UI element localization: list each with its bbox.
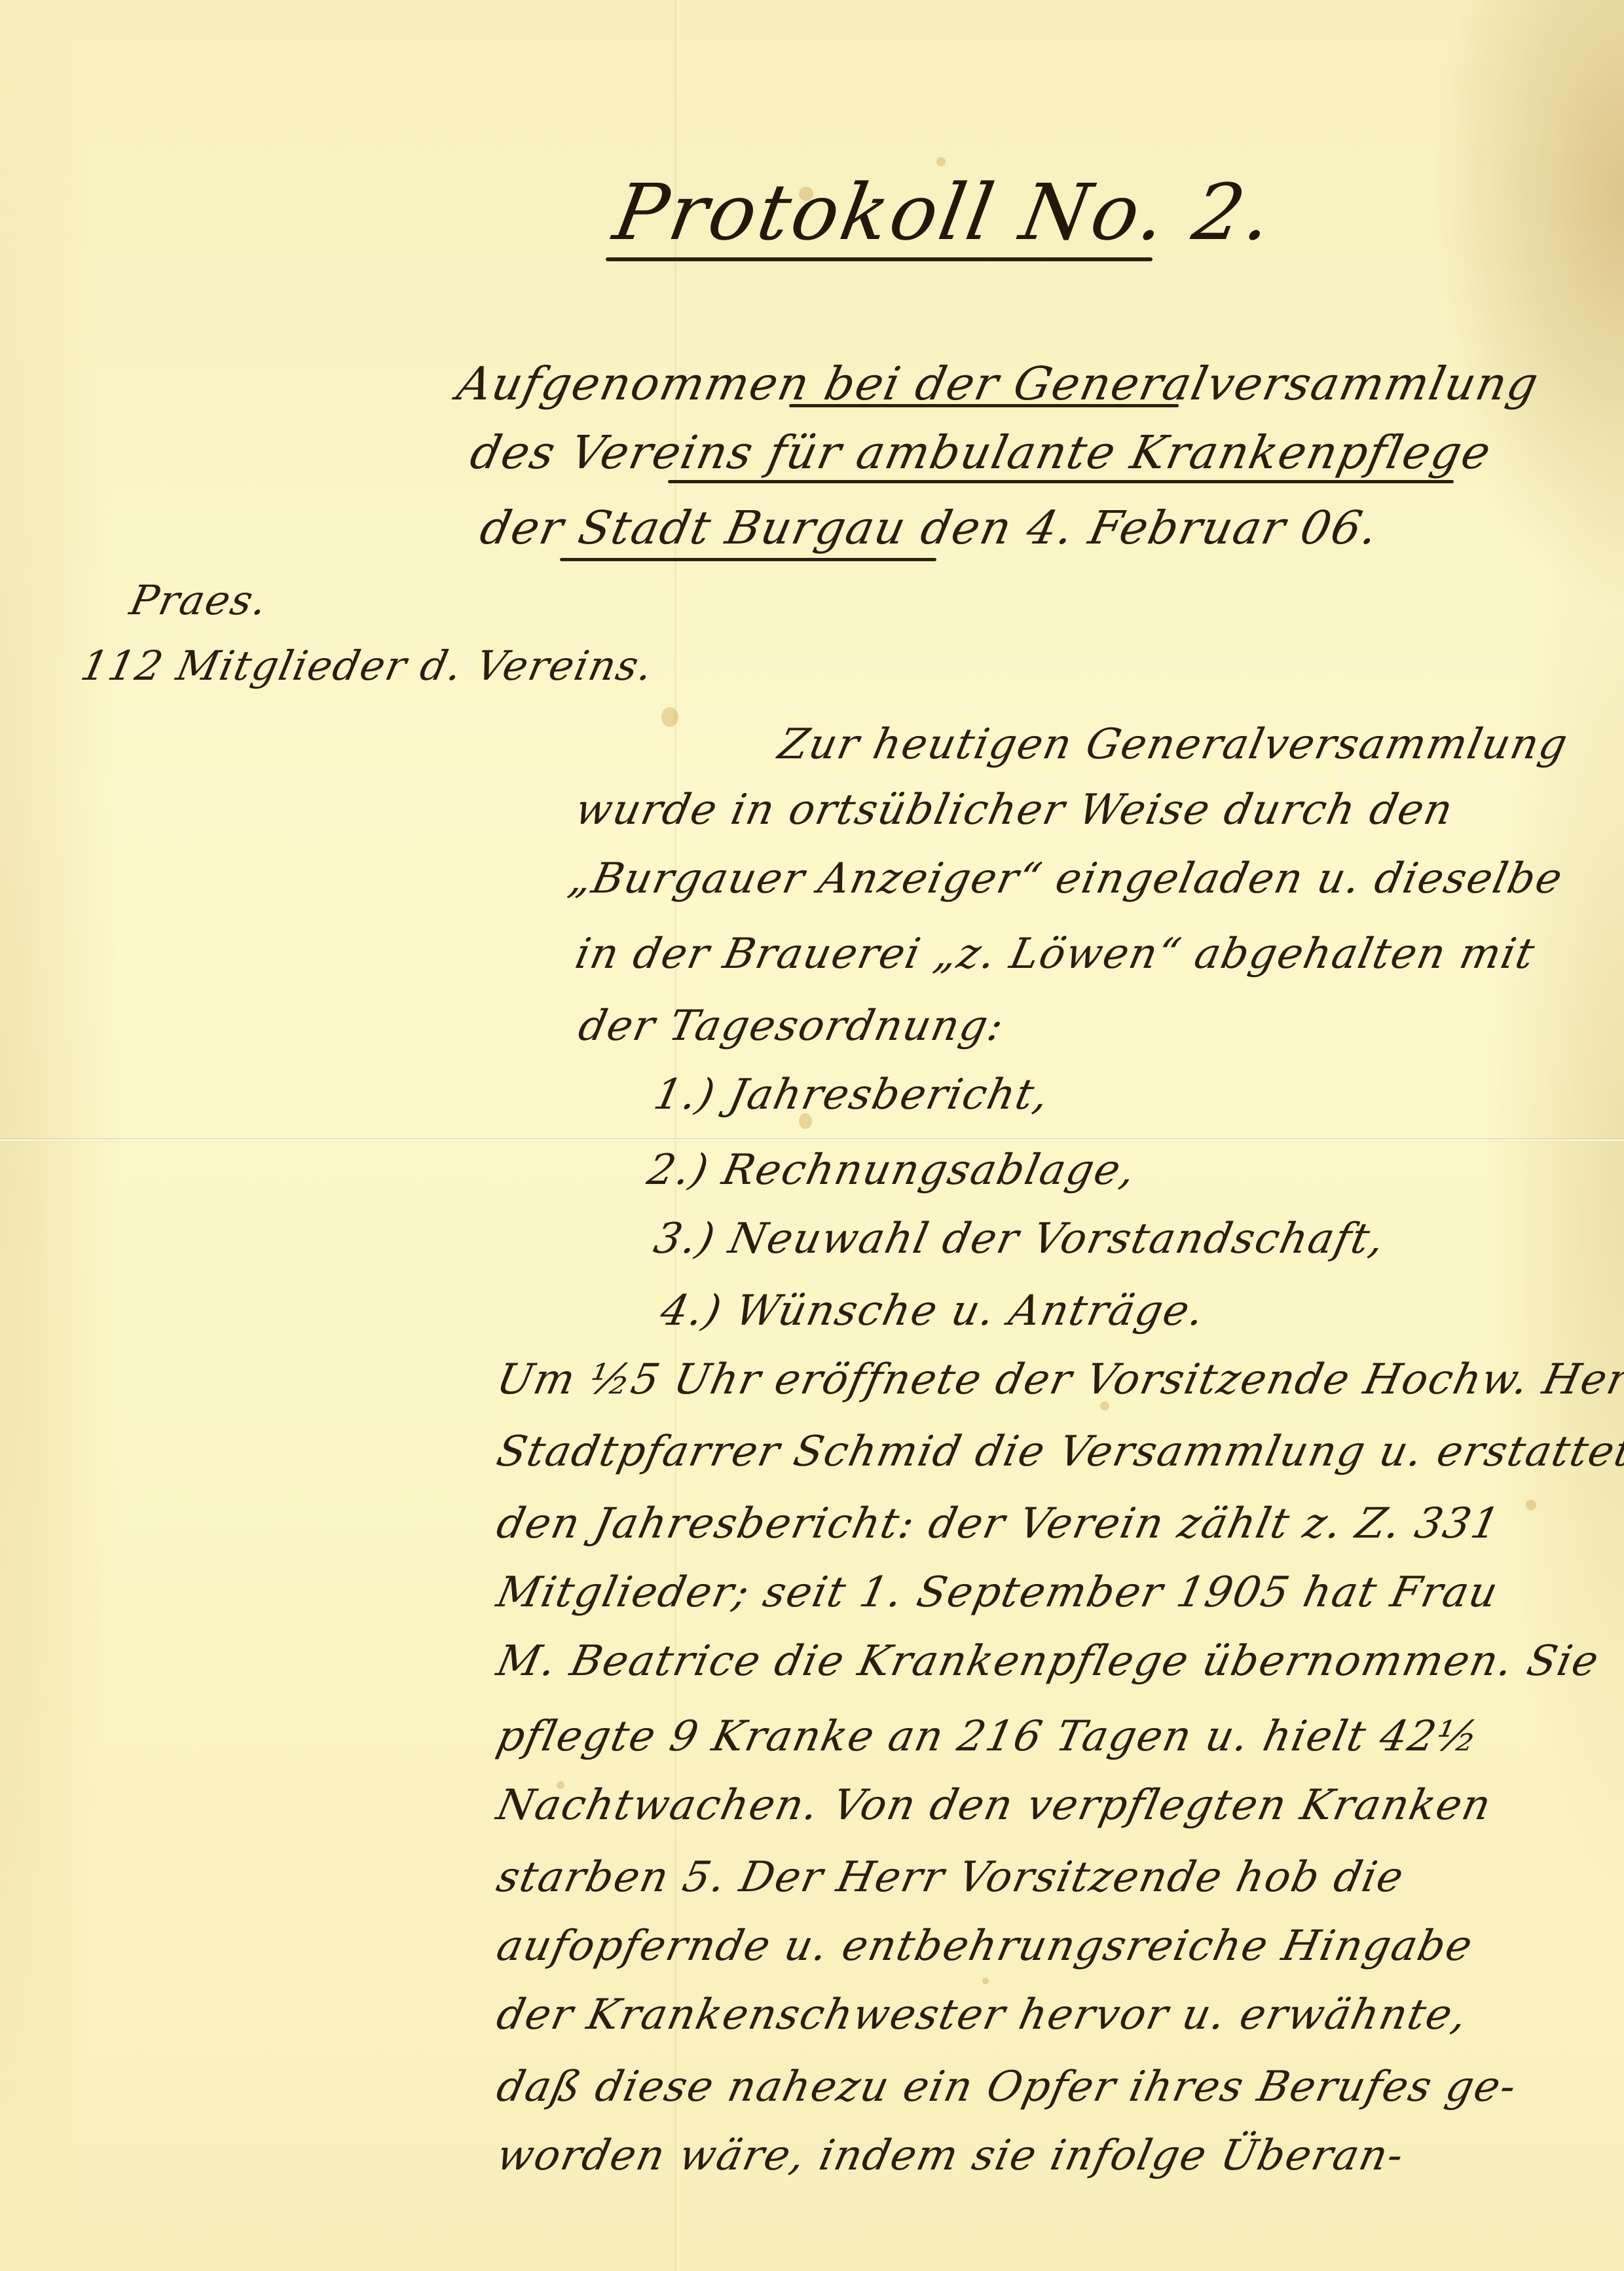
body-line: Mitglieder; seit 1. September 1905 hat F… <box>492 1568 1503 1617</box>
agenda-item: 4.) Wünsche u. Anträge. <box>656 1287 1209 1335</box>
body-line: den Jahresbericht: der Verein zählt z. Z… <box>492 1500 1505 1548</box>
body-line: Um ½5 Uhr eröffnete der Vorsitzende Hoch… <box>492 1356 1624 1404</box>
body-line: aufopfernde u. entbehrungsreiche Hingabe <box>492 1922 1477 1970</box>
heading-line: Aufgenommen bei der Generalversammlung <box>452 357 1543 411</box>
body-line: der Tagesordnung: <box>574 1002 1008 1050</box>
heading-line: des Vereins für ambulante Krankenpflege <box>466 426 1496 479</box>
agenda-item: 3.) Neuwahl der Vorstandschaft, <box>650 1215 1390 1263</box>
body-line: in der Brauerei „z. Löwen“ abgehalten mi… <box>571 930 1540 978</box>
underline-stadt-burgau <box>560 558 936 561</box>
underline-krankenpflege <box>668 480 1454 483</box>
agenda-item: 2.) Rechnungsablage, <box>643 1146 1141 1194</box>
foxing-spot <box>661 707 678 727</box>
margin-note-praes: Praes. <box>126 576 272 624</box>
horizontal-fold-crease <box>0 1138 1624 1142</box>
margin-note-members: 112 Mitglieder d. Vereins. <box>77 642 658 690</box>
agenda-item: 1.) Jahresbericht, <box>650 1071 1054 1119</box>
body-line: starben 5. Der Herr Vorsitzende hob die <box>492 1853 1409 1902</box>
foxing-spot <box>936 157 946 166</box>
body-line: Stadtpfarrer Schmid die Versammlung u. e… <box>492 1428 1624 1476</box>
title-underline <box>606 257 1153 261</box>
foxing-spot <box>982 1978 989 1984</box>
body-line: M. Beatrice die Krankenpflege übernommen… <box>492 1637 1604 1686</box>
body-line: daß diese nahezu ein Opfer ihres Berufes… <box>492 2063 1521 2111</box>
body-line: wurde in ortsüblicher Weise durch den <box>571 786 1458 834</box>
underline-generalversammlung <box>789 404 1179 407</box>
body-line: pflegte 9 Kranke an 216 Tagen u. hielt 4… <box>492 1712 1483 1761</box>
body-line: „Burgauer Anzeiger“ eingeladen u. diesel… <box>564 855 1568 903</box>
document-title: Protokoll No. 2. <box>608 167 1282 257</box>
heading-line: der Stadt Burgau den 4. Februar 06. <box>475 501 1384 555</box>
body-line: der Krankenschwester hervor u. erwähnte, <box>492 1991 1472 2039</box>
body-line: Zur heutigen Generalversammlung <box>774 720 1572 769</box>
body-line: worden wäre, indem sie infolge Überan- <box>492 2132 1409 2180</box>
foxing-spot <box>1526 1500 1536 1510</box>
body-line: Nachtwachen. Von den verpflegten Kranken <box>492 1781 1496 1830</box>
